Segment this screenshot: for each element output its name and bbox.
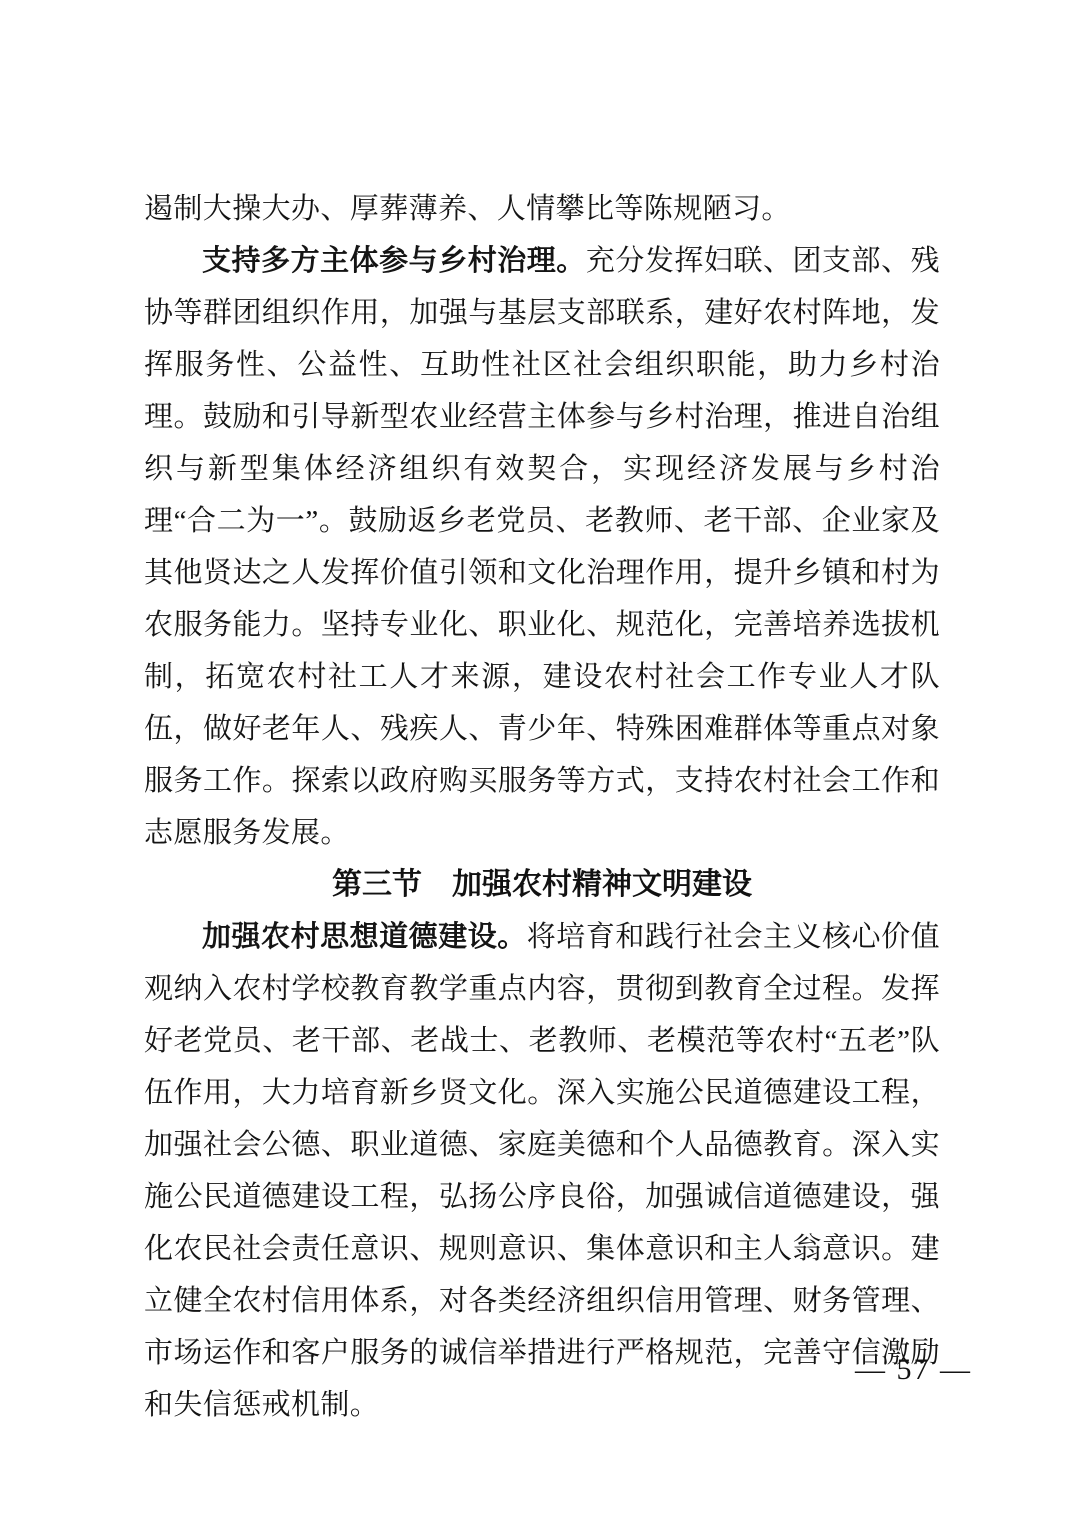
section-heading: 第三节 加强农村精神文明建设 bbox=[144, 859, 940, 911]
paragraph-governance-lead: 支持多方主体参与乡村治理。 bbox=[202, 245, 586, 277]
paragraph-governance-body: 充分发挥妇联、团支部、残协等群团组织作用，加强与基层支部联系，建好农村阵地，发挥… bbox=[144, 245, 940, 849]
page-number: — 57 — bbox=[855, 1348, 972, 1392]
paragraph-morality-lead: 加强农村思想道德建设。 bbox=[202, 921, 527, 953]
paragraph-governance: 支持多方主体参与乡村治理。充分发挥妇联、团支部、残协等群团组织作用，加强与基层支… bbox=[144, 235, 940, 859]
paragraph-morality: 加强农村思想道德建设。将培育和践行社会主义核心价值观纳入农村学校教育教学重点内容… bbox=[144, 911, 940, 1431]
paragraph-morality-body: 将培育和践行社会主义核心价值观纳入农村学校教育教学重点内容，贯彻到教育全过程。发… bbox=[144, 921, 940, 1421]
paragraph-continuation: 遏制大操大办、厚葬薄养、人情攀比等陈规陋习。 bbox=[144, 183, 940, 235]
document-page: 遏制大操大办、厚葬薄养、人情攀比等陈规陋习。 支持多方主体参与乡村治理。充分发挥… bbox=[0, 0, 1074, 1519]
page-body: 遏制大操大办、厚葬薄养、人情攀比等陈规陋习。 支持多方主体参与乡村治理。充分发挥… bbox=[144, 183, 940, 1431]
